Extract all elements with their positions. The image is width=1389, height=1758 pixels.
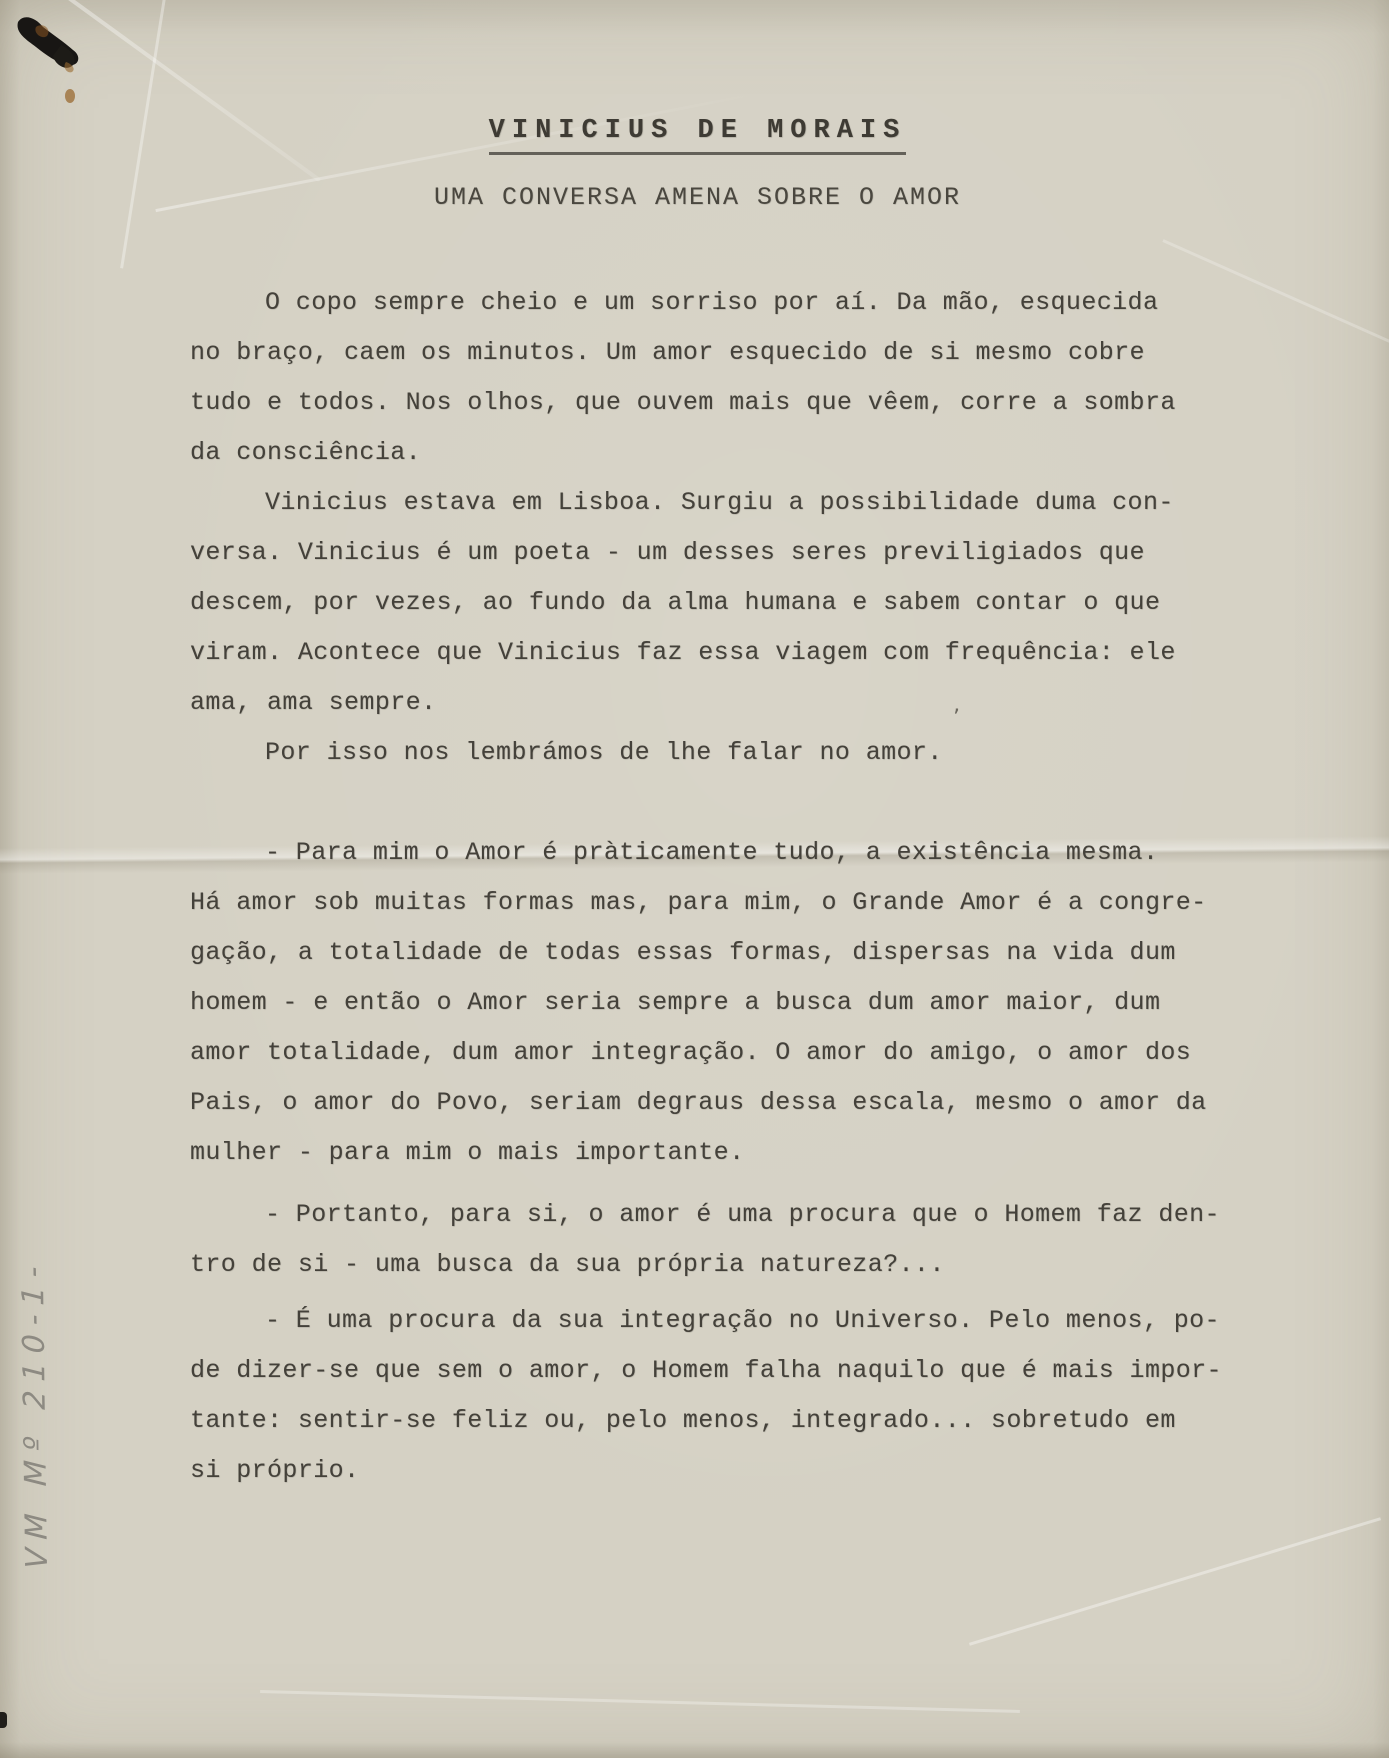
page-subtitle: UMA CONVERSA AMENA SOBRE O AMOR [190,183,1205,212]
text-line: tudo e todos. Nos olhos, que ouvem mais … [190,378,1205,428]
text-line: gação, a totalidade de todas essas forma… [190,928,1205,978]
text-line: amor totalidade, dum amor integração. O … [190,1028,1205,1078]
typewritten-page-scan: ’ VM Mº 210-1- VINICIUS DE MORAIS UMA CO… [0,0,1389,1758]
text-line: homem - e então o Amor seria sempre a bu… [190,978,1205,1028]
text-line: ama, ama sempre. [190,678,1205,728]
text-line: Pais, o amor do Povo, seriam degraus des… [190,1078,1205,1128]
paragraph: O copo sempre cheio e um sorriso por aí.… [190,278,1205,478]
text-line: viram. Acontece que Vinicius faz essa vi… [190,628,1205,678]
text-line: tro de si - uma busca da sua própria nat… [190,1240,1205,1290]
paper-crease [120,0,167,269]
edge-mark [0,1712,7,1728]
text-line: O copo sempre cheio e um sorriso por aí.… [190,278,1205,328]
text-line: no braço, caem os minutos. Um amor esque… [190,328,1205,378]
text-line: versa. Vinicius é um poeta - um desses s… [190,528,1205,578]
handwritten-margin-note: VM Mº 210-1- [16,1257,55,1570]
text-line: descem, por vezes, ao fundo da alma huma… [190,578,1205,628]
text-line: - Para mim o Amor é pràticamente tudo, a… [190,828,1205,878]
text-line: - É uma procura da sua integração no Uni… [190,1296,1205,1346]
text-line: Por isso nos lembrámos de lhe falar no a… [190,728,1205,778]
text-line: Há amor sob muitas formas mas, para mim,… [190,878,1205,928]
text-line: si próprio. [190,1446,1205,1496]
paragraph: - Para mim o Amor é pràticamente tudo, a… [190,828,1205,1178]
paper-crease [969,1517,1381,1646]
ink-stain [6,6,101,116]
text-line: Vinicius estava em Lisboa. Surgiu a poss… [190,478,1205,528]
paragraph: - É uma procura da sua integração no Uni… [190,1296,1205,1496]
text-line: mulher - para mim o mais importante. [190,1128,1205,1178]
text-line: tante: sentir-se feliz ou, pelo menos, i… [190,1396,1205,1446]
page-title: VINICIUS DE MORAIS [489,116,907,155]
text-line: - Portanto, para si, o amor é uma procur… [190,1190,1205,1240]
text-line: de dizer-se que sem o amor, o Homem falh… [190,1346,1205,1396]
text-line: da consciência. [190,428,1205,478]
paragraph: Por isso nos lembrámos de lhe falar no a… [190,728,1205,778]
paragraph: Vinicius estava em Lisboa. Surgiu a poss… [190,478,1205,728]
paragraph: - Portanto, para si, o amor é uma procur… [190,1190,1205,1290]
typed-text-block: VINICIUS DE MORAIS UMA CONVERSA AMENA SO… [190,0,1205,1496]
paper-crease [260,1690,1020,1713]
document-body: O copo sempre cheio e um sorriso por aí.… [190,278,1205,1496]
